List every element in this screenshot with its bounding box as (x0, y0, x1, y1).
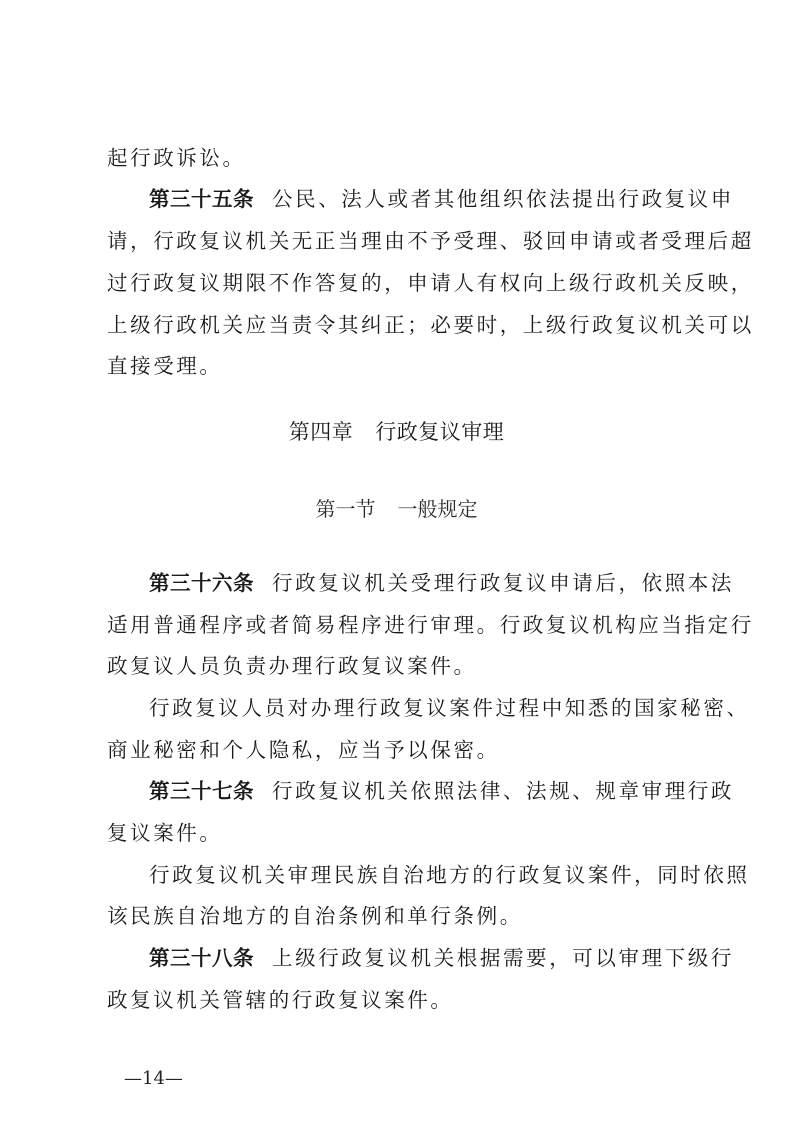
article-36-para2-line-1: 行政复议人员对办理行政复议案件过程中知悉的国家秘密、 (149, 694, 697, 722)
document-page: 起行政诉讼。 第三十五条公民、法人或者其他组织依法提出行政复议申 请，行政复议机… (0, 0, 793, 1122)
article-35-line-4: 上级行政机关应当责令其纠正；必要时，上级行政复议机关可以 (107, 311, 697, 339)
article-37-para2-line-2: 该民族自治地方的自治条例和单行条例。 (107, 902, 697, 930)
article-36-para2-line-2: 商业秘密和个人隐私，应当予以保密。 (107, 736, 697, 764)
chapter-number: 第四章 (289, 420, 354, 444)
article-36-line-3: 政复议人员负责办理行政复议案件。 (107, 652, 697, 680)
article-36-line-2: 适用普通程序或者简易程序进行审理。行政复议机构应当指定行 (107, 611, 697, 639)
article-35-line-3: 过行政复议期限不作答复的，申请人有权向上级行政机关反映， (107, 269, 697, 297)
article-36-text: 行政复议机关受理行政复议申请后，依照本法 (272, 571, 734, 595)
article-37-line-1: 第三十七条行政复议机关依照法律、法规、规章审理行政 (149, 777, 697, 805)
article-38-line-1: 第三十八条上级行政复议机关根据需要，可以审理下级行 (149, 944, 697, 972)
section-title: 一般规定 (398, 497, 478, 521)
article-37-text: 行政复议机关依照法律、法规、规章审理行政 (272, 779, 734, 803)
section-number: 第一节 (316, 497, 376, 521)
section-heading: 第一节一般规定 (0, 495, 793, 523)
article-36-line-1: 第三十六条行政复议机关受理行政复议申请后，依照本法 (149, 569, 697, 597)
article-37-line-2: 复议案件。 (107, 819, 697, 847)
article-38-line-2: 政复议机关管辖的行政复议案件。 (107, 986, 697, 1014)
continuation-line: 起行政诉讼。 (107, 144, 697, 172)
article-36-label: 第三十六条 (149, 571, 254, 595)
article-35-line-1: 第三十五条公民、法人或者其他组织依法提出行政复议申 (149, 185, 697, 213)
article-38-label: 第三十八条 (149, 946, 254, 970)
article-35-line-5: 直接受理。 (107, 352, 697, 380)
article-35-label: 第三十五条 (149, 187, 254, 211)
chapter-title: 行政复议审理 (375, 420, 504, 444)
article-35-line-2: 请，行政复议机关无正当理由不予受理、驳回申请或者受理后超 (107, 227, 697, 255)
article-38-text: 上级行政复议机关根据需要，可以审理下级行 (272, 946, 734, 970)
chapter-heading: 第四章行政复议审理 (0, 418, 793, 446)
article-37-para2-line-1: 行政复议机关审理民族自治地方的行政复议案件，同时依照 (149, 861, 697, 889)
page-number: —14— (124, 1067, 183, 1091)
article-37-label: 第三十七条 (149, 779, 254, 803)
article-35-text: 公民、法人或者其他组织依法提出行政复议申 (272, 187, 734, 211)
